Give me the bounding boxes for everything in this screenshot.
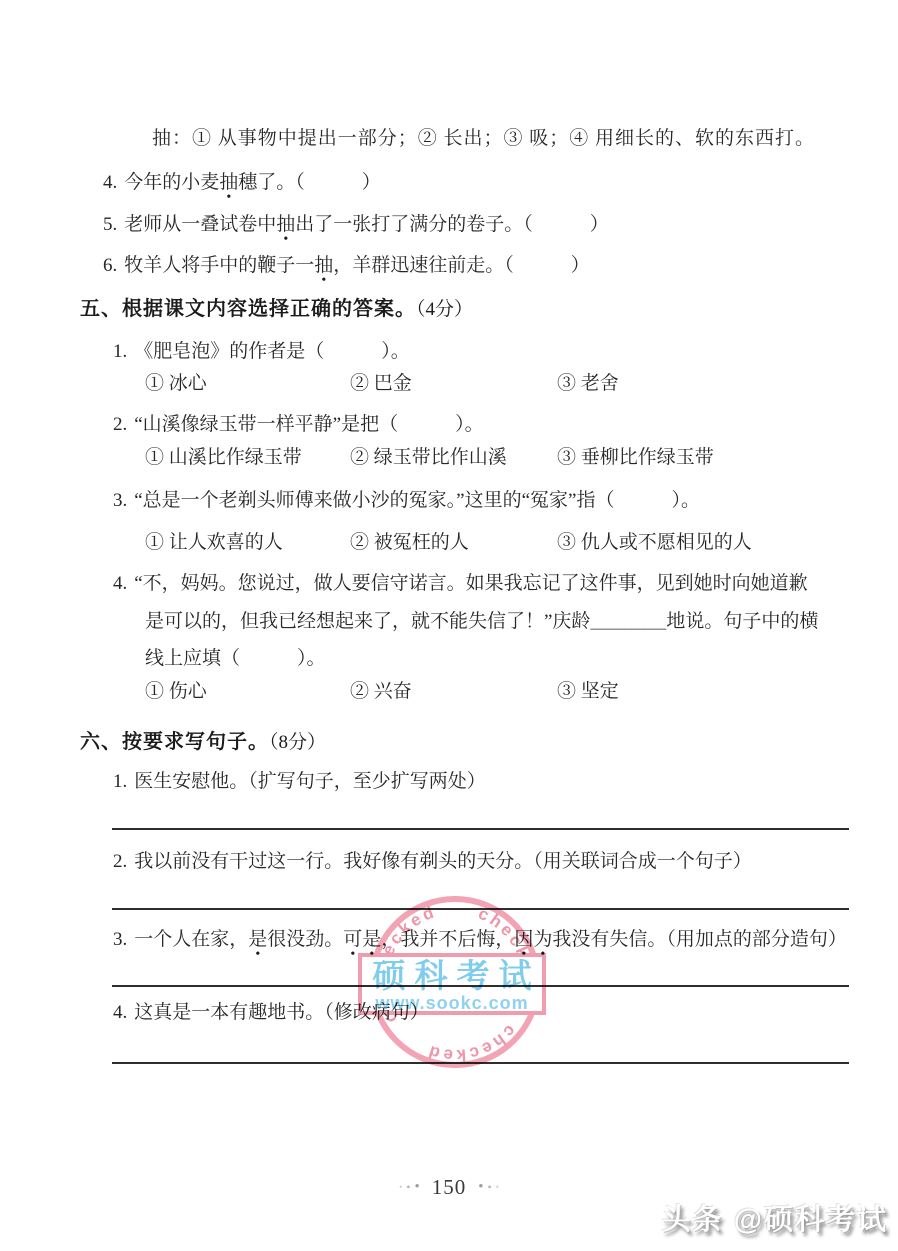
option: ② 被冤枉的人 (350, 530, 557, 556)
page-number-row: • • • 150 • • • (0, 1174, 898, 1200)
dotted-char: 抽 (314, 255, 333, 276)
question-5-4-line-3: 线上应填（ ）。 (0, 646, 898, 672)
question-number: 4. (113, 1002, 127, 1023)
stamp-title: 硕科考试 (362, 958, 542, 994)
question-5-4-line-2: 是可以的，但我已经想起来了，就不能失信了！”庆龄＿＿＿＿地说。句子中的横 (0, 609, 898, 635)
option: ① 山溪比作绿玉带 (145, 445, 350, 471)
page-number: 150 (432, 1175, 467, 1200)
word-item-5: 5.老师从一叠试卷中抽出了一张打了满分的卷子。（ ） (0, 212, 898, 238)
question-number: 1. (113, 771, 127, 792)
dotted-char: 可 (343, 929, 362, 950)
option: ③ 仇人或不愿相见的人 (557, 530, 752, 556)
question-number: 1. (113, 341, 127, 362)
question-number: 3. (113, 490, 127, 511)
question-text: 我以前没有干过这一行。我好像有剃头的天分。（用关联词合成一个句子） (134, 851, 752, 872)
section-five-heading: 五、根据课文内容选择正确的答案。（4分） (0, 295, 898, 323)
text-segment: 出了一张打了满分的卷子。（ ） (295, 214, 609, 235)
option: ③ 垂柳比作绿玉带 (557, 445, 714, 471)
page-dot: • (478, 1174, 483, 1200)
dotted-char: 抽 (276, 214, 295, 235)
text-segment: 一个人在家， (134, 929, 248, 950)
footer-watermark: 头条 @硕科考试 (662, 1200, 888, 1240)
definition-line: 抽：① 从事物中提出一部分；② 长出；③ 吸；④ 用细长的、软的东西打。 (0, 126, 898, 152)
section-score: （4分） (416, 299, 473, 320)
text-segment: 今年的小麦 (124, 172, 219, 193)
option: ② 巴金 (350, 371, 557, 397)
options-5-2: ① 山溪比作绿玉带② 绿玉带比作山溪③ 垂柳比作绿玉带 (0, 445, 898, 471)
section-score: （8分） (269, 732, 326, 753)
dotted-char: 是 (248, 929, 267, 950)
page-dot: • (414, 1174, 419, 1200)
section-title: 五、根据课文内容选择正确的答案。 (80, 298, 416, 320)
stamp-url: www.sookc.com (362, 994, 542, 1012)
question-number: 4. (113, 573, 127, 594)
answer-line (112, 828, 849, 830)
page-dot: • (496, 1174, 499, 1200)
exam-paper-page: 抽：① 从事物中提出一部分；② 长出；③ 吸；④ 用细长的、软的东西打。 4.今… (0, 0, 898, 1251)
question-5-2: 2.“山溪像绿玉带一样平静”是把（ ）。 (0, 412, 898, 438)
text-segment: 牧羊人将手中的鞭子一 (124, 255, 314, 276)
text-segment: 老师从一叠试卷中 (124, 214, 276, 235)
section-title: 六、按要求写句子。 (80, 731, 269, 753)
question-number: 3. (113, 929, 127, 950)
question-number: 2. (113, 414, 127, 435)
question-text: “总是一个老剃头师傅来做小沙的冤家。”这里的“冤家”指（ ）。 (134, 490, 700, 511)
question-5-1: 1.《肥皂泡》的作者是（ ）。 (0, 339, 898, 365)
item-number: 6. (103, 255, 117, 276)
option: ② 兴奋 (350, 679, 557, 705)
question-text: “山溪像绿玉带一样平静”是把（ ）。 (134, 414, 483, 435)
question-number: 2. (113, 851, 127, 872)
option: ② 绿玉带比作山溪 (350, 445, 557, 471)
word-item-6: 6.牧羊人将手中的鞭子一抽，羊群迅速往前走。（ ） (0, 253, 898, 279)
question-6-2: 2.我以前没有干过这一行。我好像有剃头的天分。（用关联词合成一个句子） (0, 849, 898, 875)
options-5-3: ① 让人欢喜的人② 被冤枉的人③ 仇人或不愿相见的人 (0, 530, 898, 556)
page-dot: • (488, 1174, 492, 1200)
item-number: 4. (103, 172, 117, 193)
word-item-4: 4.今年的小麦抽穗了。（ ） (0, 170, 898, 196)
option: ① 让人欢喜的人 (145, 530, 350, 556)
options-5-4: ① 伤心② 兴奋③ 坚定 (0, 679, 898, 705)
text-segment: 我没有失信。（用加点的部分造句） (552, 929, 847, 950)
question-text: 医生安慰他。（扩写句子，至少扩写两处） (134, 771, 486, 792)
item-number: 5. (103, 214, 117, 235)
option: ③ 坚定 (557, 679, 619, 705)
option: ① 伤心 (145, 679, 350, 705)
question-5-3: 3.“总是一个老剃头师傅来做小沙的冤家。”这里的“冤家”指（ ）。 (0, 488, 898, 514)
question-6-1: 1.医生安慰他。（扩写句子，至少扩写两处） (0, 769, 898, 795)
question-text: 《肥皂泡》的作者是（ ）。 (134, 341, 410, 362)
question-5-4: 4.“不，妈妈。您说过，做人要信守诺言。如果我忘记了这件事，见到她时向她道歉 (0, 571, 898, 597)
stamp-box: 硕科考试 www.sookc.com (358, 953, 546, 1015)
option: ③ 老舍 (557, 371, 619, 397)
page-dot: • (406, 1174, 410, 1200)
dotted-char: 抽 (219, 172, 238, 193)
option: ① 冰心 (145, 371, 350, 397)
watermark-stamp: checked checked checked checked 硕科考试 www… (365, 892, 545, 1072)
options-5-1: ① 冰心② 巴金③ 老舍 (0, 371, 898, 397)
page-dot: • (399, 1174, 402, 1200)
question-text: “不，妈妈。您说过，做人要信守诺言。如果我忘记了这件事，见到她时向她道歉 (134, 573, 807, 594)
text-segment: 穗了。（ ） (238, 172, 381, 193)
text-segment: 很没劲。 (267, 929, 343, 950)
text-segment: ，羊群迅速往前走。（ ） (333, 255, 590, 276)
section-six-heading: 六、按要求写句子。（8分） (0, 728, 898, 756)
